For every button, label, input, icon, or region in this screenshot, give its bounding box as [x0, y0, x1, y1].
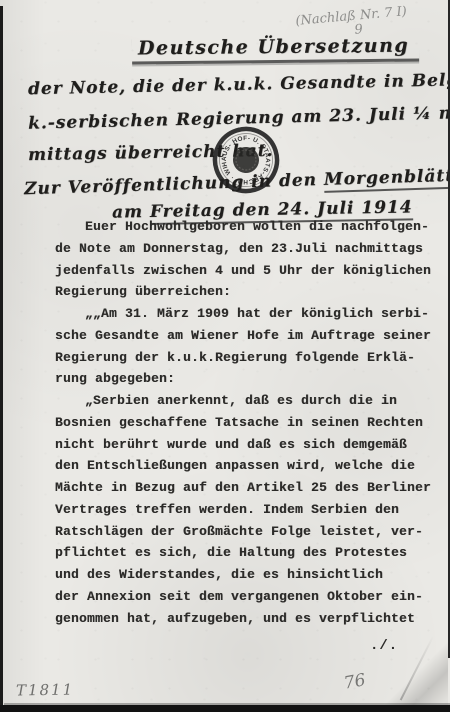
typed-line: Mächte in Bezug auf den Artikel 25 des B…: [55, 477, 447, 499]
typed-line: „Serbien anerkennt, daß es durch die in: [55, 390, 447, 412]
typed-line: nicht berührt wurde und daß es sich demg…: [55, 434, 447, 456]
pencil-archive-number: T1811: [16, 680, 74, 699]
typed-line: der Annexion seit dem vergangenen Oktobe…: [55, 586, 447, 608]
publication-prefix: Zur Veröffentlichung in den: [24, 170, 317, 199]
typed-line: und des Widerstandes, die es hinsichtlic…: [55, 564, 447, 586]
typed-line: „„Am 31. März 1909 hat der königlich ser…: [55, 303, 447, 325]
document-page: (Nachlaß Nr. 7 I) 9 Deutsche Übersetzung…: [0, 0, 450, 712]
handwritten-title: Deutsche Übersetzung: [132, 34, 419, 64]
typed-line: genommen hat, aufzugeben, und es verpfli…: [55, 608, 447, 630]
typed-line: Ratschlägen der Großmächte Folge leistet…: [55, 521, 447, 543]
publication-morgenblaettern: Morgenblättern: [324, 165, 450, 193]
typed-line: Regierung überreichen:: [55, 281, 447, 303]
typed-line: de Note am Donnerstag, den 23.Juli nachm…: [55, 238, 447, 260]
handwritten-line-1: der Note, die der k.u.k. Gesandte in Bel…: [28, 69, 450, 100]
scan-edge-bottom: [0, 705, 450, 712]
typed-body-text: Euer Hochwohlgeboren wollen die nachfolg…: [55, 216, 447, 629]
pencil-page-number: 76: [342, 670, 367, 693]
document-scan: (Nachlaß Nr. 7 I) 9 Deutsche Übersetzung…: [0, 0, 450, 712]
typed-line: rung abgegeben:: [55, 368, 447, 390]
scan-edge-left: [0, 6, 3, 712]
typed-line: Bosnien geschaffene Tatsache in seinen R…: [55, 412, 447, 434]
typed-line: pflichtet es sich, die Haltung des Prote…: [55, 542, 447, 564]
typed-line: Euer Hochwohlgeboren wollen die nachfolg…: [55, 216, 447, 238]
typed-line: Regierung der k.u.k.Regierung folgende E…: [55, 347, 447, 369]
typed-line: den Entschließungen anpassen wird, welch…: [55, 455, 447, 477]
typed-line: jedenfalls zwischen 4 und 5 Uhr der köni…: [55, 260, 447, 282]
typed-line: sche Gesandte am Wiener Hofe im Auftrage…: [55, 325, 447, 347]
typed-line: Vertrages treffen werden. Indem Serbien …: [55, 499, 447, 521]
